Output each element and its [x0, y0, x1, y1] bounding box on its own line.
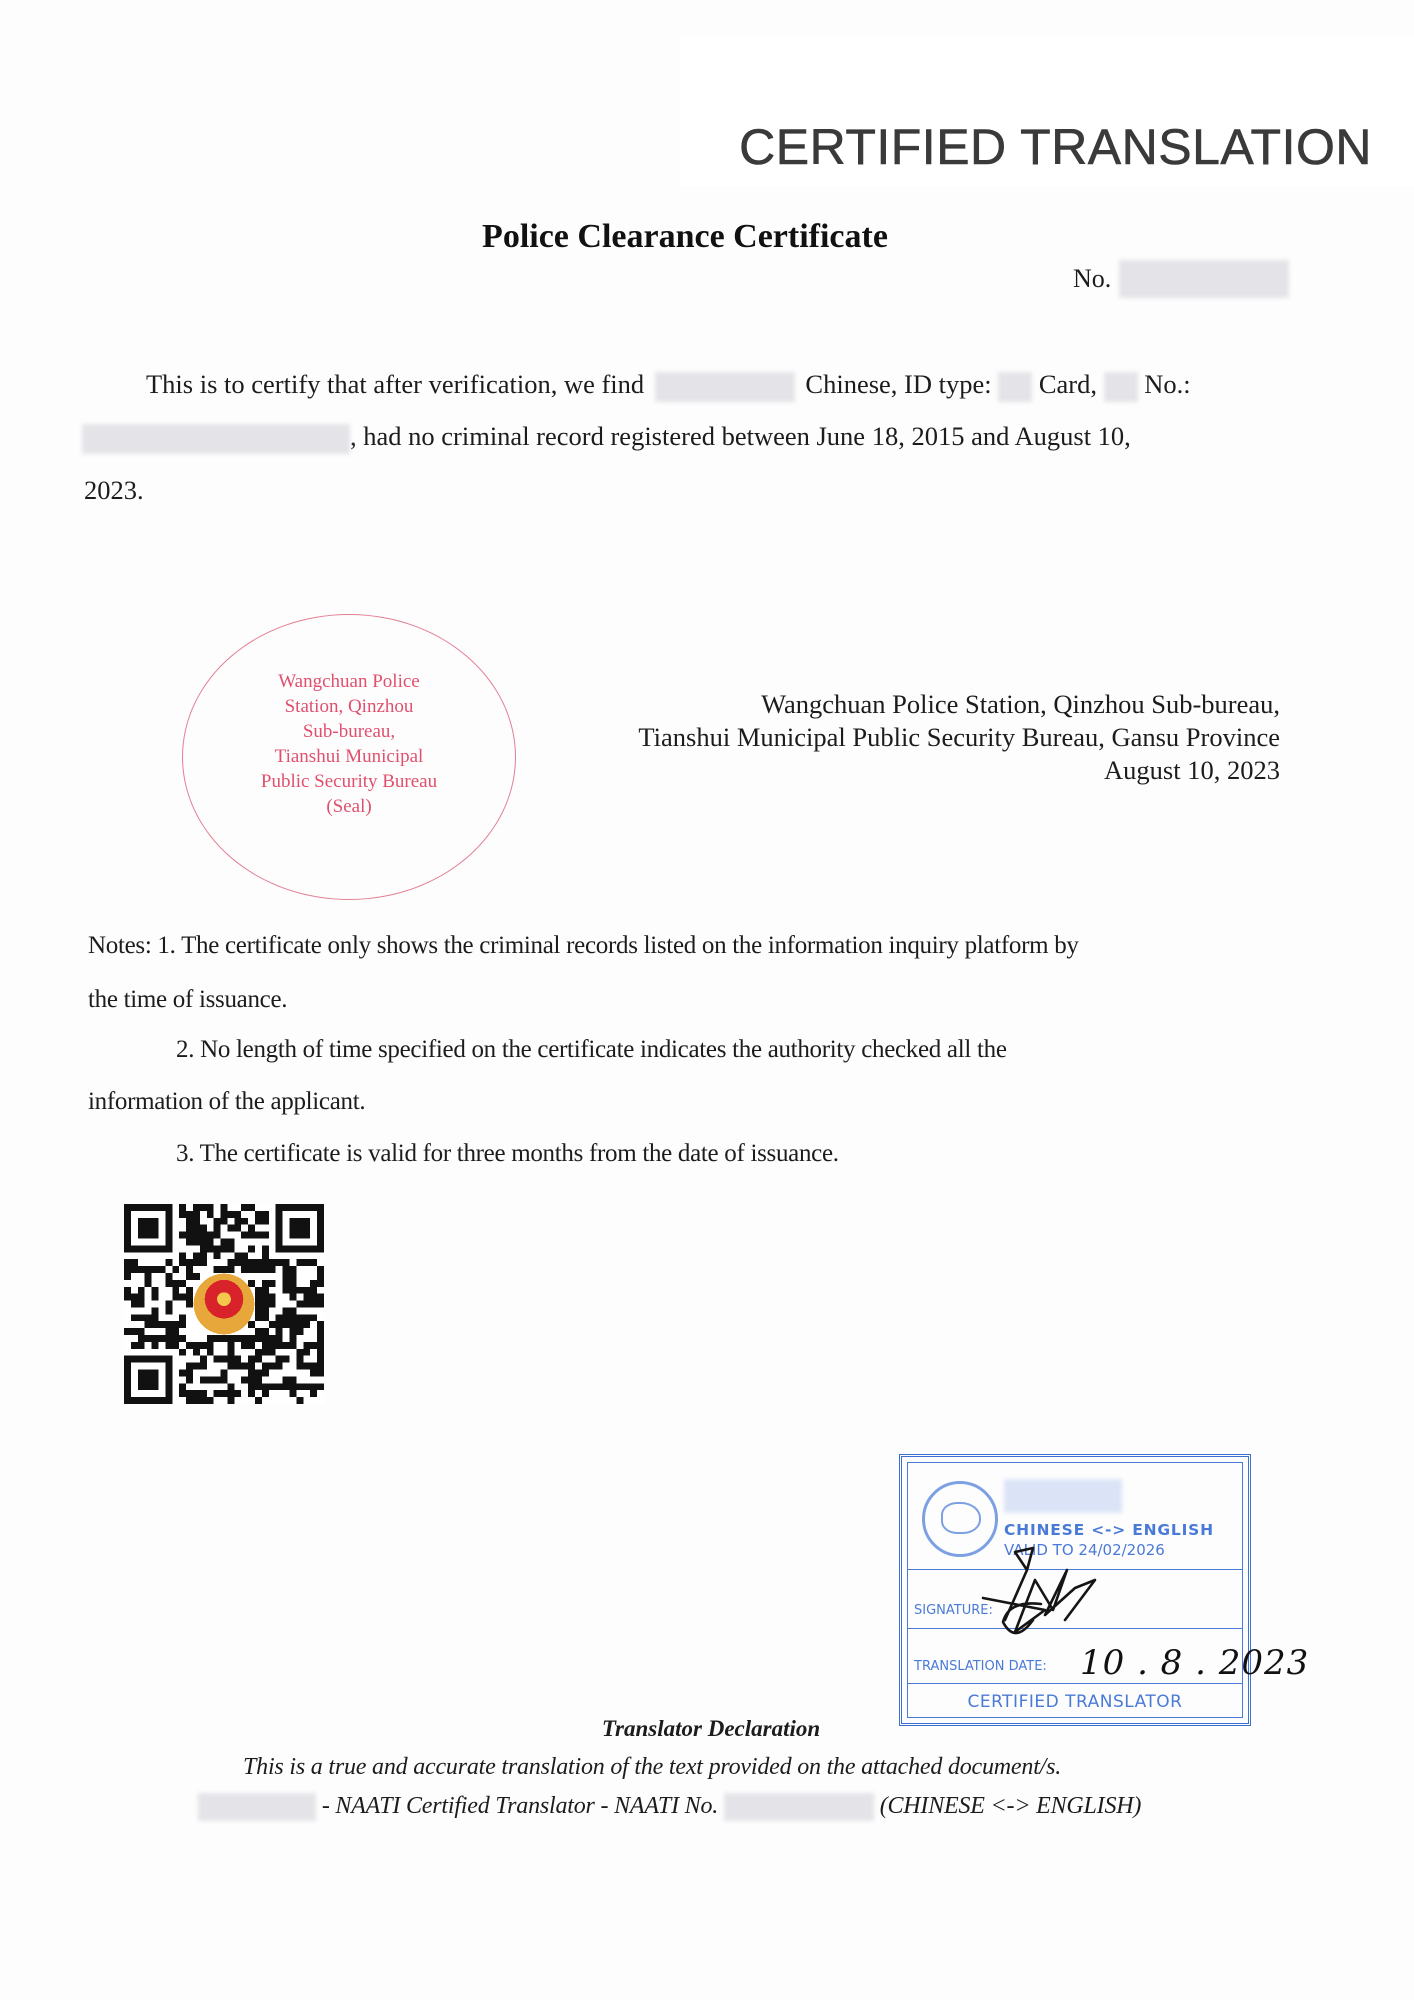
police-emblem-icon: [194, 1274, 255, 1335]
language-pair-text: (CHINESE <-> ENGLISH): [880, 1793, 1142, 1819]
document-page: CERTIFIED TRANSLATION Police Clearance C…: [0, 0, 1414, 2000]
naati-credential-text: - NAATI Certified Translator - NAATI No.: [322, 1793, 718, 1819]
nationality-text: Chinese, ID type:: [805, 369, 991, 399]
issue-date: August 10, 2023: [638, 754, 1280, 787]
record-statement: , had no criminal record registered betw…: [350, 421, 1131, 451]
redacted-id-number: [82, 424, 350, 454]
redacted-card-type: [1104, 372, 1138, 402]
redacted-translator-name: [1004, 1479, 1122, 1513]
declaration-title: Translator Declaration: [0, 1716, 1414, 1742]
note-2: 2. No length of time specified on the ce…: [176, 1024, 1007, 1076]
card-text: Card,: [1039, 369, 1097, 399]
redacted-id-type: [998, 372, 1032, 402]
declaration-statement: This is a true and accurate translation …: [243, 1754, 1061, 1781]
signature-icon: [975, 1540, 1125, 1650]
redacted-translator-full-name: [198, 1793, 316, 1821]
qr-code-icon: [124, 1204, 324, 1404]
certification-line-3: 2023.: [84, 464, 144, 516]
issuer-line-2: Tianshui Municipal Public Security Burea…: [638, 721, 1280, 754]
certify-text: This is to certify that after verificati…: [146, 369, 644, 399]
note-3: 3. The certificate is valid for three mo…: [176, 1128, 839, 1180]
banner-title: CERTIFIED TRANSLATION: [739, 118, 1372, 176]
note-1: Notes: 1. The certificate only shows the…: [88, 920, 1079, 972]
seal-text: Wangchuan Police Station, Qinzhou Sub-bu…: [183, 669, 515, 819]
issuing-authority: Wangchuan Police Station, Qinzhou Sub-bu…: [638, 688, 1280, 787]
certificate-number-label: No.: [1073, 264, 1111, 293]
number-text: No.:: [1144, 369, 1190, 399]
stamp-translation-date-label: TRANSLATION DATE:: [914, 1659, 1047, 1674]
note-2-continued: information of the applicant.: [88, 1076, 365, 1128]
declaration-credentials: - NAATI Certified Translator - NAATI No.…: [198, 1793, 1141, 1821]
certified-translation-banner: CERTIFIED TRANSLATION: [680, 36, 1414, 186]
certification-line-1: This is to certify that after verificati…: [146, 358, 1191, 410]
redacted-naati-number: [724, 1793, 874, 1821]
police-seal: Wangchuan Police Station, Qinzhou Sub-bu…: [182, 614, 516, 900]
stamp-role: CERTIFIED TRANSLATOR: [908, 1692, 1242, 1712]
stamp-language-pair: CHINESE <-> ENGLISH: [1004, 1521, 1214, 1539]
certification-line-2: , had no criminal record registered betw…: [82, 410, 1131, 462]
document-title: Police Clearance Certificate: [0, 218, 1370, 256]
redacted-certificate-number: [1119, 260, 1289, 298]
certificate-number: No.: [1073, 264, 1111, 294]
redacted-name: [655, 372, 795, 402]
note-1-continued: the time of issuance.: [88, 974, 287, 1026]
issuer-line-1: Wangchuan Police Station, Qinzhou Sub-bu…: [638, 688, 1280, 721]
